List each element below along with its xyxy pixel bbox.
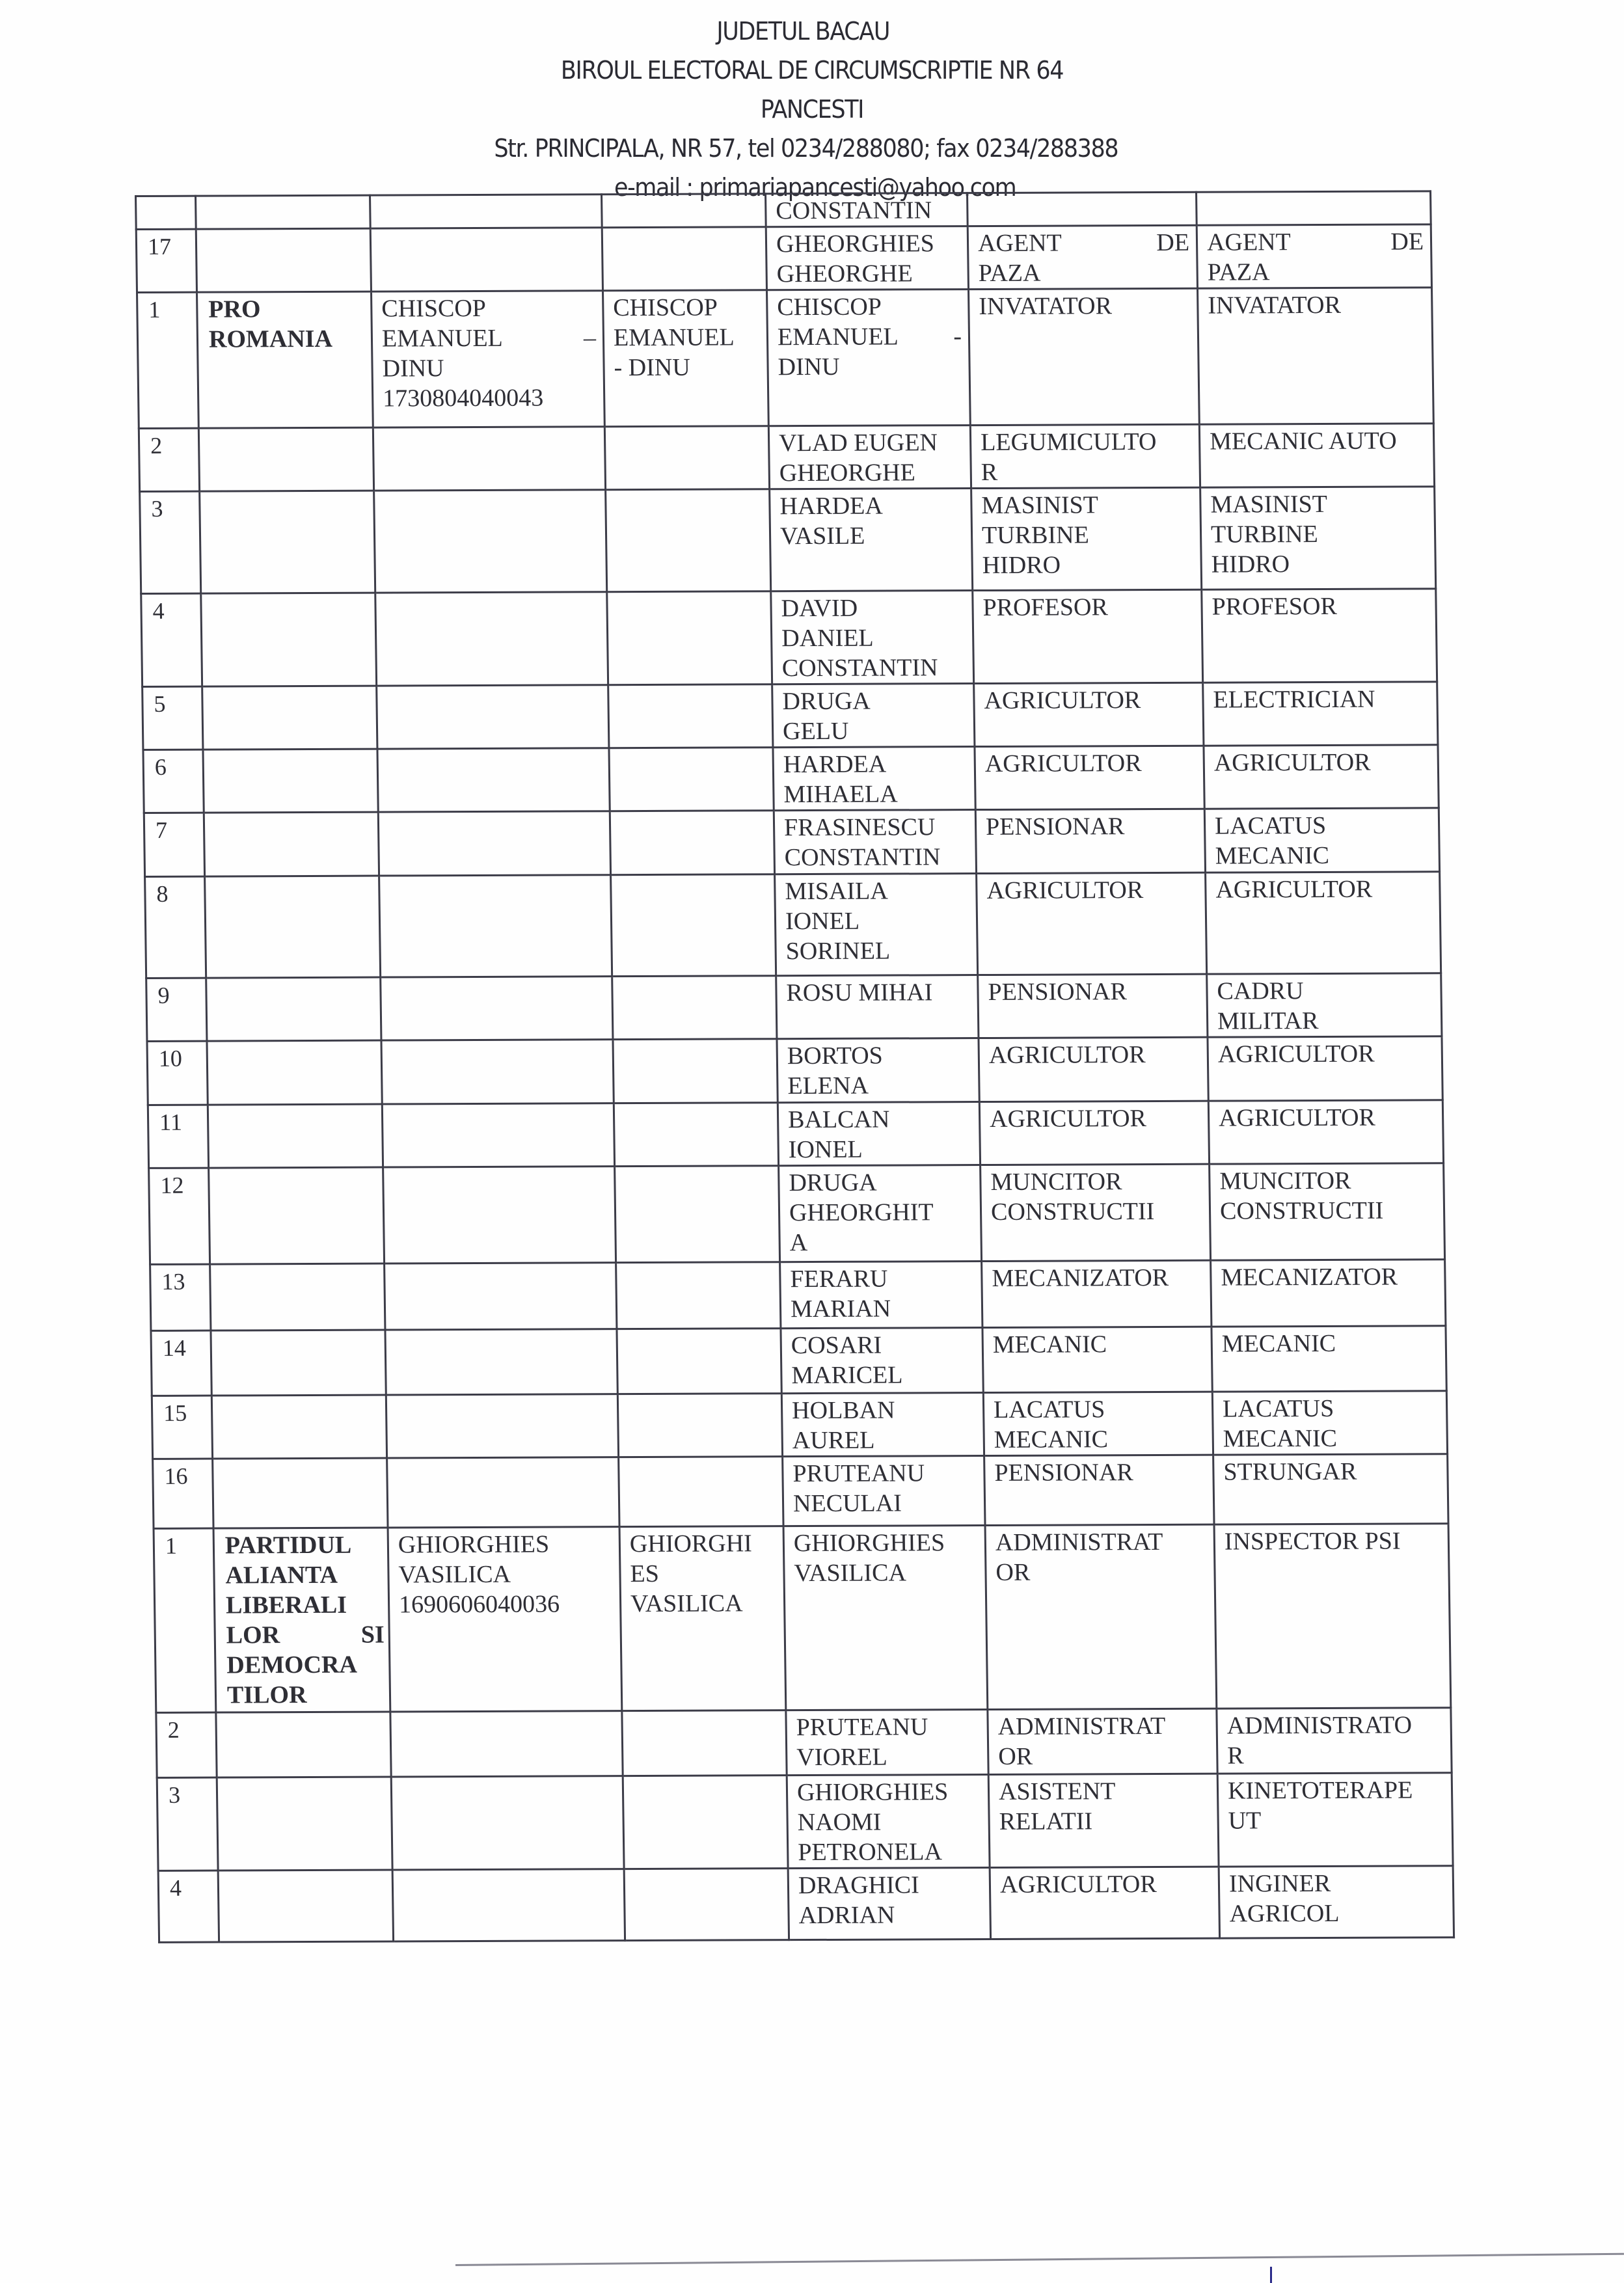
cell-party [206, 977, 381, 1041]
table-row: 4DAVIDDANIELCONSTANTINPROFESORPROFESOR [141, 589, 1437, 687]
cell-nr: 14 [151, 1331, 211, 1396]
text-line: PROFESOR [1211, 591, 1429, 621]
cell-party [213, 1458, 388, 1528]
table-row: 13FERARUMARIANMECANIZATORMECANIZATOR [150, 1260, 1446, 1331]
text-line: EMANUEL – [382, 323, 597, 353]
cell-party [211, 1395, 386, 1459]
text-line: GHEORGHE [776, 258, 961, 289]
members-table: CONSTANTIN 17GHEORGHIESGHEORGHEAGENT DEP… [135, 190, 1455, 1943]
cell-occupation: KINETOTERAPEUT [1217, 1773, 1453, 1867]
text-line: TURBINE [1211, 519, 1428, 549]
text-line: MARICEL [791, 1360, 976, 1390]
text-line: R [981, 457, 1193, 487]
cell-leader-cnp [374, 490, 607, 593]
cell-occupation: INGINERAGRICOL [1219, 1866, 1454, 1938]
cell-leader [607, 591, 772, 685]
cell-party [207, 1040, 382, 1105]
text-line: ADMINISTRAT [997, 1711, 1210, 1742]
cell-leader: CHISCOPEMANUEL- DINU [603, 290, 769, 427]
text-line: FERARU [790, 1263, 975, 1294]
cell-occupation: AGRICULTOR [1206, 872, 1441, 974]
cell-leader [611, 874, 776, 977]
text-line: AGENT DE [1207, 226, 1424, 257]
cell-nr: 4 [141, 593, 202, 686]
cell-leader-cnp [390, 1711, 623, 1777]
text-line: MECANIZATOR [992, 1263, 1204, 1293]
text-line: COSARI [791, 1330, 975, 1360]
cell-leader [612, 976, 777, 1040]
cell-occupation: MECANIZATOR [1211, 1260, 1446, 1327]
county-title: JUDETUL BACAU [47, 12, 1559, 51]
cell-profession: AGRICULTOR [974, 682, 1204, 746]
cell-occupation: LACATUSMECANIC [1212, 1391, 1447, 1455]
text-line: GHIORGHIES [398, 1529, 613, 1560]
cell-member-name: DAVIDDANIELCONSTANTIN [771, 591, 974, 684]
cell-profession: PENSIONAR [975, 809, 1205, 873]
text-line: IONEL [785, 906, 970, 936]
cell-occupation: ADMINISTRATOR [1217, 1708, 1452, 1774]
text-line: MIHAELA [783, 779, 968, 809]
text-line: GHEORGHE [779, 457, 964, 488]
text-line: CONSTRUCTII [1220, 1195, 1437, 1226]
cell-member-name: CONSTANTIN [766, 193, 968, 227]
text-line: UT [1228, 1805, 1445, 1835]
cell-leader-cnp [377, 748, 610, 812]
cell-member-name: ROSU MIHAI [776, 975, 979, 1039]
text-line: CHISCOP [613, 292, 760, 323]
text-line: OR [995, 1557, 1208, 1587]
cell-leader [610, 811, 774, 875]
text-line: ROMANIA [209, 324, 368, 355]
text-line: PENSIONAR [986, 811, 1198, 842]
text-line: ADMINISTRATO [1226, 1710, 1444, 1740]
text-line: LEGUMICULTO [981, 427, 1193, 457]
text-line: HARDEA [779, 491, 964, 521]
cell-nr: 4 [158, 1871, 219, 1942]
locality-title: PANCESTI [65, 90, 1559, 129]
cell-occupation: AGENT DEPAZA [1197, 224, 1431, 288]
cell-member-name: COSARIMARICEL [781, 1328, 983, 1394]
text-line: VASILICA [398, 1559, 613, 1589]
cell-profession: ADMINISTRATOR [985, 1524, 1217, 1709]
text-line: NAOMI [797, 1807, 982, 1837]
text-line: HIDRO [1211, 548, 1428, 579]
cell-profession: LACATUSMECANIC [983, 1392, 1213, 1455]
cell-nr: 9 [146, 978, 207, 1041]
cell-leader [602, 194, 766, 228]
cell-leader-cnp: CHISCOPEMANUEL –DINU1730804040043 [372, 291, 605, 427]
text-line: LOR SI [226, 1620, 385, 1651]
text-line: CONSTANTIN [784, 842, 969, 872]
cell-party [204, 812, 379, 876]
text-line: AGRICULTOR [989, 1040, 1201, 1070]
cell-nr: 16 [153, 1459, 213, 1528]
text-line: HIDRO [982, 550, 1194, 580]
cell-member-name: BALCANIONEL [778, 1102, 980, 1166]
text-line: MASINIST [1210, 489, 1428, 519]
text-line: RELATII [999, 1806, 1211, 1837]
scan-edge-line [455, 2253, 1624, 2266]
text-line: LIBERALI [226, 1590, 385, 1621]
cell-profession: AGRICULTOR [979, 1037, 1208, 1101]
text-line: PAZA [978, 258, 1190, 288]
continued-row: CONSTANTIN [136, 191, 1431, 230]
cell-profession: AGRICULTOR [990, 1867, 1219, 1939]
text-line: FRASINESCU [784, 812, 969, 843]
text-line: AGRICULTOR [984, 685, 1196, 716]
cell-occupation: MECANIC [1211, 1326, 1446, 1392]
text-line: AGRICULTOR [1219, 1102, 1436, 1133]
text-line: ROSU MIHAI [786, 977, 971, 1008]
cell-nr: 1 [137, 292, 199, 428]
cell-occupation: INSPECTOR PSI [1214, 1524, 1451, 1709]
text-line: ES [630, 1558, 777, 1589]
document-header: JUDETUL BACAU BIROUL ELECTORAL DE CIRCUM… [65, 12, 1559, 207]
cell-profession: ADMINISTRATOR [988, 1709, 1217, 1774]
text-line: AGRICULTOR [984, 748, 1197, 779]
scan-mark [1270, 2267, 1272, 2283]
cell-occupation: LACATUSMECANIC [1204, 808, 1439, 872]
table-row: 10BORTOSELENAAGRICULTORAGRICULTOR [147, 1036, 1442, 1105]
text-line: - DINU [614, 352, 761, 383]
text-line: ADRIAN [798, 1900, 983, 1930]
text-line: DRAGHICI [798, 1870, 983, 1900]
cell-occupation: AGRICULTOR [1204, 745, 1439, 809]
text-line: BALCAN [788, 1104, 973, 1135]
text-line: DRUGA [782, 686, 967, 716]
cell-occupation: PROFESOR [1202, 589, 1437, 682]
cell-leader [622, 1710, 787, 1776]
cell-party [209, 1167, 385, 1264]
cell-profession: MUNCITORCONSTRUCTII [981, 1164, 1211, 1261]
text-line: ELECTRICIAN [1213, 684, 1430, 714]
cell-leader-cnp [373, 427, 605, 491]
text-line: LACATUS [1215, 810, 1432, 841]
text-line: AGRICULTOR [1000, 1869, 1212, 1900]
cell-leader-cnp [377, 685, 609, 749]
table-row: 12DRUGAGHEORGHITAMUNCITORCONSTRUCTIIMUNC… [149, 1163, 1445, 1265]
cell-member-name: DRUGAGELU [772, 684, 975, 748]
text-line: DRUGA [789, 1167, 973, 1198]
cell-profession: MASINISTTURBINEHIDRO [971, 487, 1202, 590]
cell-profession: PENSIONAR [984, 1455, 1214, 1525]
cell-occupation: ELECTRICIAN [1203, 682, 1438, 746]
text-line: VASILICA [794, 1558, 979, 1588]
cell-member-name: HOLBANAUREL [781, 1393, 984, 1457]
members-table-wrapper: CONSTANTIN 17GHEORGHIESGHEORGHEAGENT DEP… [135, 190, 1455, 1943]
text-line: MECANIC [992, 1329, 1204, 1360]
cell-member-name: GHEORGHIESGHEORGHE [766, 226, 968, 290]
table-row: 17GHEORGHIESGHEORGHEAGENT DEPAZAAGENT DE… [136, 224, 1431, 293]
cell-profession: AGRICULTOR [975, 746, 1204, 809]
cell-party [200, 491, 375, 593]
table-row: 2VLAD EUGENGHEORGHELEGUMICULTORMECANIC A… [139, 424, 1434, 492]
text-line: GHEORGHIT [789, 1197, 974, 1228]
text-line: MASINIST [981, 490, 1193, 520]
text-line: PAZA [1207, 256, 1424, 287]
text-line: EMANUEL - [778, 321, 962, 352]
cell-nr: 3 [140, 491, 201, 593]
cell-party [196, 195, 371, 229]
text-line: ASISTENT [999, 1776, 1211, 1807]
cell-leader [606, 489, 771, 592]
cell-member-name: FERARUMARIAN [780, 1262, 982, 1329]
cell-leader [602, 227, 766, 291]
text-line: MECANIC [1215, 840, 1432, 871]
cell-member-name: HARDEAVASILE [770, 489, 973, 591]
cell-member-name: MISAILAIONELSORINEL [775, 874, 978, 976]
cell-party [205, 876, 381, 978]
text-line: GHEORGHIES [776, 228, 961, 259]
cell-member-name: PRUTEANUNECULAI [783, 1456, 985, 1526]
text-line: DAVID [781, 593, 966, 623]
cell-leader-cnp [392, 1869, 625, 1941]
cell-profession: MECANIZATOR [982, 1260, 1211, 1327]
text-line: ALIANTA [225, 1560, 384, 1591]
text-line: MUNCITOR [990, 1167, 1202, 1197]
cell-nr: 6 [143, 750, 204, 813]
cell-leader [609, 748, 774, 811]
text-line: SORINEL [785, 936, 970, 966]
cell-leader-cnp [391, 1776, 624, 1870]
cell-leader [617, 1329, 781, 1394]
cell-member-name: BORTOSELENA [777, 1038, 979, 1103]
cell-nr: 2 [156, 1712, 217, 1777]
text-line: VASILE [780, 520, 965, 551]
cell-member-name: GHIORGHIESVASILICA [783, 1525, 988, 1710]
text-line: MECANIC [1223, 1423, 1440, 1453]
text-line: STRUNGAR [1223, 1456, 1441, 1487]
cell-nr: 8 [145, 876, 206, 978]
text-line: VIOREL [796, 1742, 981, 1772]
text-line: HOLBAN [792, 1395, 977, 1425]
cell-nr [136, 196, 196, 229]
cell-leader-cnp [386, 1394, 618, 1458]
cell-nr: 5 [142, 686, 203, 750]
cell-leader: GHIORGHIESVASILICA [619, 1526, 786, 1711]
cell-member-name: VLAD EUGENGHEORGHE [768, 426, 971, 489]
cell-occupation: INVATATOR [1197, 288, 1433, 424]
cell-profession [968, 192, 1197, 226]
text-line: 1730804040043 [383, 383, 597, 413]
text-line: EMANUEL [614, 322, 761, 353]
cell-party [216, 1712, 391, 1777]
table-row: 1PROROMANIACHISCOPEMANUEL –DINU173080404… [137, 288, 1434, 429]
text-line: CHISCOP [381, 293, 596, 323]
cell-leader-cnp [382, 1103, 614, 1167]
cell-member-name: CHISCOPEMANUEL -DINU [767, 290, 971, 426]
cell-party [198, 427, 373, 491]
table-row: 3GHIORGHIESNAOMIPETRONELAASISTENTRELATII… [157, 1773, 1453, 1871]
text-line: PRUTEANU [796, 1712, 981, 1742]
text-line: BORTOS [787, 1040, 972, 1071]
text-line: PENSIONAR [994, 1457, 1206, 1488]
text-line: AGRICULTOR [1218, 1038, 1435, 1069]
text-line: CONSTANTIN [776, 195, 960, 226]
cell-leader-cnp [378, 811, 610, 876]
text-line: R [1227, 1740, 1444, 1770]
cell-leader [619, 1457, 783, 1527]
cell-occupation: AGRICULTOR [1208, 1100, 1443, 1164]
cell-nr: 13 [150, 1264, 211, 1331]
office-title: BIROUL ELECTORAL DE CIRCUMSCRIPTIE NR 64 [65, 51, 1559, 90]
cell-member-name: FRASINESCUCONSTANTIN [774, 810, 976, 874]
text-line: GHIORGHIES [794, 1528, 979, 1558]
cell-profession: PROFESOR [973, 589, 1203, 683]
text-line: DINU [382, 353, 597, 383]
table-row: 3HARDEAVASILEMASINISTTURBINEHIDROMASINIS… [140, 487, 1436, 594]
text-line: AGRICULTOR [990, 1103, 1202, 1134]
cell-leader [617, 1394, 782, 1457]
text-line: INSPECTOR PSI [1225, 1526, 1442, 1556]
cell-nr: 7 [144, 813, 204, 876]
text-line: MECANIC [994, 1424, 1206, 1455]
text-line: IONEL [788, 1134, 973, 1165]
text-line: DINU [778, 351, 962, 382]
cell-party [203, 749, 378, 813]
text-line: KINETOTERAPE [1228, 1775, 1445, 1805]
text-line: MILITAR [1217, 1005, 1435, 1036]
text-line: MECANIC [1221, 1328, 1439, 1358]
cell-leader-cnp [387, 1457, 619, 1528]
table-row: 14COSARIMARICELMECANICMECANIC [151, 1326, 1446, 1396]
cell-profession: MECANIC [982, 1327, 1212, 1392]
cell-party: PARTIDULALIANTALIBERALILOR SIDEMOCRATILO… [213, 1528, 390, 1712]
cell-nr: 12 [149, 1168, 210, 1264]
cell-party [217, 1777, 392, 1871]
text-line: CHISCOP [777, 291, 962, 322]
cell-leader-cnp [381, 977, 613, 1040]
table-row: 7FRASINESCUCONSTANTINPENSIONARLACATUSMEC… [144, 808, 1439, 877]
cell-profession: AGENT DEPAZA [968, 225, 1197, 289]
cell-profession: AGRICULTOR [977, 872, 1207, 975]
text-line: MECANIC AUTO [1210, 426, 1427, 456]
cell-nr: 17 [136, 229, 196, 292]
text-line: TILOR [227, 1680, 386, 1710]
text-line: GHIORGHI [630, 1528, 777, 1559]
text-line: ADMINISTRAT [995, 1527, 1208, 1558]
cell-member-name: DRUGAGHEORGHITA [779, 1165, 982, 1262]
cell-nr: 10 [147, 1041, 208, 1105]
text-line: NECULAI [793, 1488, 978, 1519]
cell-member-name: DRAGHICIADRIAN [788, 1867, 990, 1939]
cell-occupation: STRUNGAR [1213, 1454, 1448, 1524]
text-line: INVATATOR [1208, 290, 1425, 320]
text-line: MISAILA [785, 876, 969, 906]
cell-leader [604, 426, 769, 490]
table-row: 1PARTIDULALIANTALIBERALILOR SIDEMOCRATIL… [154, 1524, 1451, 1713]
cell-occupation: CADRUMILITAR [1207, 973, 1442, 1037]
text-line: PRO [208, 294, 367, 325]
text-line: INGINER [1229, 1868, 1446, 1898]
text-line: CADRU [1217, 975, 1434, 1006]
text-line: MUNCITOR [1219, 1165, 1437, 1196]
text-line: VASILICA [630, 1588, 778, 1619]
text-line: INVATATOR [979, 291, 1191, 321]
text-line: OR [998, 1741, 1210, 1772]
cell-member-name: HARDEAMIHAELA [773, 747, 975, 811]
table-row: 11BALCANIONELAGRICULTORAGRICULTOR [148, 1100, 1443, 1169]
text-line: 1690606040036 [399, 1589, 614, 1619]
cell-nr: 15 [152, 1396, 212, 1459]
cell-leader-cnp [379, 875, 612, 977]
cell-party [202, 686, 377, 750]
text-line: AGRICOL [1229, 1898, 1446, 1928]
text-line: PENSIONAR [988, 977, 1200, 1007]
cell-occupation [1197, 191, 1431, 225]
text-line: VLAD EUGEN [779, 427, 964, 458]
cell-party [196, 228, 371, 292]
text-line: GHIORGHIES [797, 1777, 982, 1807]
cell-occupation: MASINISTTURBINEHIDRO [1200, 487, 1436, 589]
table-row: 15HOLBANAURELLACATUSMECANICLACATUSMECANI… [152, 1391, 1447, 1459]
cell-leader-cnp [381, 1040, 614, 1104]
table-row: 2PRUTEANUVIORELADMINISTRATORADMINISTRATO… [156, 1708, 1452, 1778]
cell-leader-cnp [385, 1263, 617, 1330]
cell-member-name: PRUTEANUVIOREL [786, 1709, 988, 1775]
cell-leader-cnp [370, 195, 602, 228]
cell-leader [615, 1166, 780, 1263]
text-line: CONSTANTIN [782, 653, 967, 683]
cell-nr: 1 [154, 1528, 216, 1712]
cell-nr: 2 [139, 428, 199, 491]
cell-profession: INVATATOR [968, 288, 1199, 425]
text-line: A [789, 1227, 974, 1258]
cell-profession: LEGUMICULTOR [970, 424, 1200, 488]
text-line: DANIEL [781, 623, 966, 653]
text-line: AGRICULTOR [986, 875, 1198, 906]
text-line: AUREL [792, 1425, 977, 1455]
cell-profession: PENSIONAR [978, 974, 1208, 1038]
text-line: AGRICULTOR [1213, 747, 1431, 777]
table-row: 5DRUGAGELUAGRICULTORELECTRICIAN [142, 682, 1438, 750]
cell-occupation: AGRICULTOR [1208, 1036, 1442, 1101]
address-line: Str. PRINCIPALA, NR 57, tel 0234/288080;… [53, 129, 1559, 168]
cell-leader [616, 1262, 781, 1329]
cell-leader [614, 1103, 778, 1167]
cell-leader [613, 1039, 778, 1103]
cell-occupation: MUNCITORCONSTRUCTII [1210, 1163, 1445, 1260]
cell-profession: ASISTENTRELATII [988, 1774, 1219, 1867]
text-line: PRUTEANU [792, 1458, 977, 1489]
table-row: 9ROSU MIHAIPENSIONARCADRUMILITAR [146, 973, 1442, 1042]
text-line: ELENA [787, 1070, 972, 1101]
cell-party [211, 1330, 386, 1396]
cell-party: PROROMANIA [197, 291, 373, 428]
table-row: 6HARDEAMIHAELAAGRICULTORAGRICULTOR [143, 745, 1439, 813]
table-row: 4DRAGHICIADRIANAGRICULTORINGINERAGRICOL [158, 1866, 1454, 1943]
cell-party [218, 1870, 393, 1942]
cell-nr: 11 [148, 1105, 208, 1168]
table-row: 8MISAILAIONELSORINELAGRICULTORAGRICULTOR [145, 872, 1441, 979]
text-line: PROFESOR [982, 592, 1195, 623]
text-line: MARIAN [791, 1293, 975, 1324]
text-line: DEMOCRA [226, 1650, 385, 1681]
text-line: HARDEA [783, 749, 968, 779]
cell-profession: AGRICULTOR [979, 1101, 1209, 1165]
cell-leader [624, 1869, 789, 1941]
cell-leader [623, 1776, 788, 1869]
cell-party [208, 1104, 383, 1168]
text-line: LACATUS [1223, 1393, 1440, 1424]
text-line: TURBINE [982, 520, 1194, 550]
members-table-body: CONSTANTIN 17GHEORGHIESGHEORGHEAGENT DEP… [136, 191, 1454, 1943]
cell-leader [608, 684, 773, 748]
cell-leader-cnp [375, 592, 608, 686]
text-line: MECANIZATOR [1221, 1262, 1438, 1292]
cell-member-name: GHIORGHIESNAOMIPETRONELA [787, 1774, 990, 1868]
cell-leader-cnp [385, 1329, 617, 1395]
